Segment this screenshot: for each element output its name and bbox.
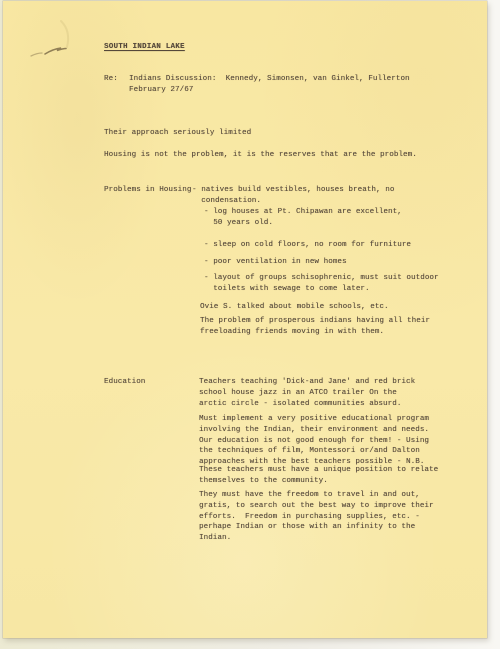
scan-background: { "scan": { "paper_color": "#f8e8a5", "i… xyxy=(0,0,500,649)
note-mobile-schools: Ovie S. talked about mobile schools, etc… xyxy=(200,302,389,313)
statement-housing: Housing is not the problem, it is the re… xyxy=(104,150,417,161)
education-paragraph: They must have the freedom to travel in … xyxy=(199,490,434,544)
paper-sheet: SOUTH INDIAN LAKE Re: Indians Discussion… xyxy=(3,1,487,638)
re-subject: Indians Discussion: Kennedy, Simonsen, v… xyxy=(129,74,410,96)
education-paragraph: These teachers must have a unique positi… xyxy=(199,465,438,487)
page-title: SOUTH INDIAN LAKE xyxy=(104,42,185,53)
education-paragraph: Must implement a very positive education… xyxy=(199,414,429,468)
statement-approach: Their approach seriously limited xyxy=(104,128,251,139)
housing-bullet: - layout of groups schisophrenic, must s… xyxy=(204,273,439,295)
housing-bullet: - sleep on cold floors, no room for furn… xyxy=(204,240,411,251)
housing-bullet: - log houses at Pt. Chipawan are excelle… xyxy=(204,207,402,229)
pencil-mark xyxy=(17,13,87,73)
education-paragraph: Teachers teaching 'Dick-and Jane' and re… xyxy=(199,377,415,409)
housing-bullet: - natives build vestibles, houses breath… xyxy=(192,185,394,207)
housing-bullet: - poor ventilation in new homes xyxy=(204,257,347,268)
housing-section-label: Problems in Housing xyxy=(104,185,191,196)
note-freeloading: The problem of prosperous indians having… xyxy=(200,316,430,338)
education-section-label: Education xyxy=(104,377,145,388)
re-label: Re: xyxy=(104,74,118,85)
